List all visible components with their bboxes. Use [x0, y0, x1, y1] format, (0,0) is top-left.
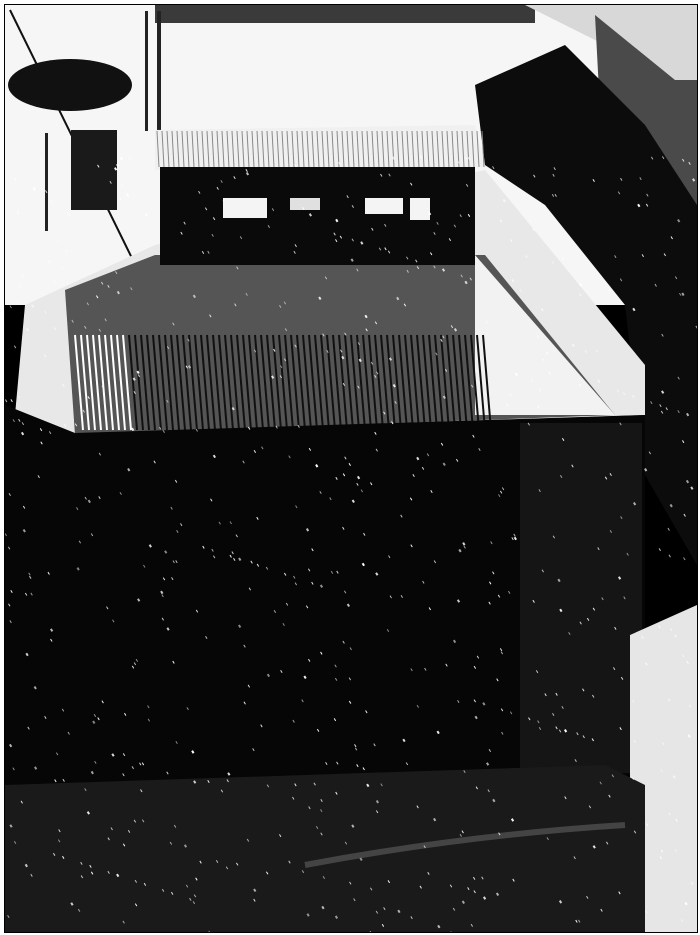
far-road [155, 5, 535, 23]
window [223, 198, 267, 218]
chimney [71, 130, 117, 210]
courtyard [5, 765, 645, 932]
photograph [4, 4, 698, 933]
window [365, 198, 403, 214]
brick-pillar [520, 423, 642, 773]
window [290, 198, 320, 210]
snowy-rooftop-scene [5, 5, 697, 932]
antenna-pole [145, 11, 148, 131]
antenna-pole [157, 11, 161, 131]
window [410, 198, 430, 220]
pole [45, 133, 48, 231]
upper-roof [155, 125, 485, 170]
bush [8, 59, 132, 111]
